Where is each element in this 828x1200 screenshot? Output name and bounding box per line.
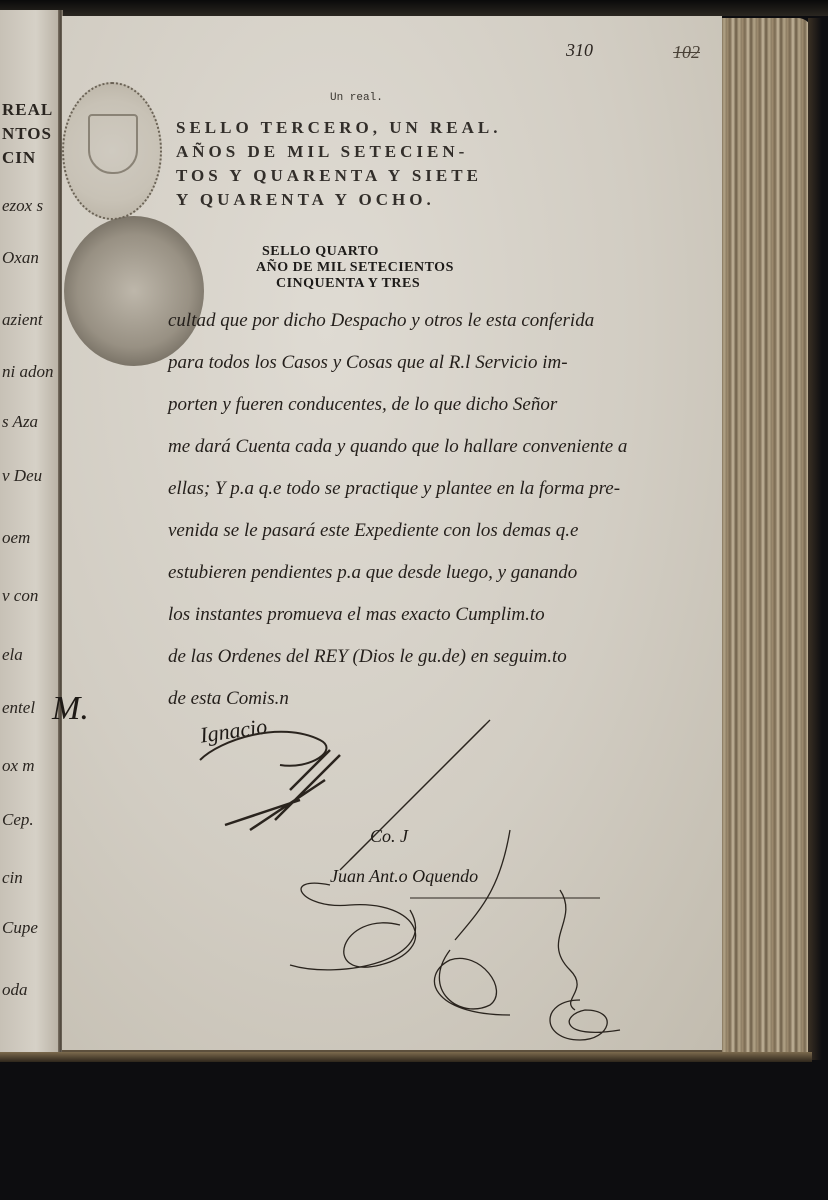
left-page-fragment: REAL bbox=[2, 100, 53, 120]
royal-seal-embossed bbox=[62, 82, 162, 220]
left-page-fragment: entel bbox=[2, 698, 35, 718]
stamped-paper-header: SELLO TERCERO, UN REAL. AÑOS DE MIL SETE… bbox=[176, 116, 502, 212]
left-page-fragment: Cupe bbox=[2, 918, 38, 938]
left-page-fragment: v Deu bbox=[2, 466, 42, 486]
overstamp-revalidation: SELLO QUARTO AÑO DE MIL SETECIENTOS CINQ… bbox=[262, 244, 454, 292]
left-page-fragment: Cep. bbox=[2, 810, 34, 830]
top-shadow bbox=[0, 0, 828, 16]
folio-number: 310 bbox=[566, 40, 593, 61]
left-page-fragment: azient bbox=[2, 310, 43, 330]
stamp-line: AÑOS DE MIL SETECIEN- bbox=[176, 140, 502, 164]
text-line: me dará Cuenta cada y quando que lo hall… bbox=[168, 426, 728, 468]
stamp-line: TOS Y QUARENTA Y SIETE bbox=[176, 164, 502, 188]
coat-of-arms-icon bbox=[88, 114, 138, 174]
text-line: porten y fueren conducentes, de lo que d… bbox=[168, 384, 728, 426]
overstamp-line: CINQUENTA Y TRES bbox=[276, 276, 454, 292]
margin-mark: M. bbox=[52, 690, 89, 728]
left-page-fragment: ezox s bbox=[2, 196, 43, 216]
text-line: para todos los Casos y Cosas que al R.l … bbox=[168, 342, 728, 384]
manuscript-body: cultad que por dicho Despacho y otros le… bbox=[168, 300, 728, 720]
overstamp-line: AÑO DE MIL SETECIENTOS bbox=[256, 260, 454, 276]
left-page-fragment: NTOS bbox=[2, 124, 52, 144]
left-page-fragment: CIN bbox=[2, 148, 36, 168]
left-page-fragment: ela bbox=[2, 645, 23, 665]
left-page-fragment: cin bbox=[2, 868, 23, 888]
left-page-fragment: oem bbox=[2, 528, 30, 548]
signature-flourish-icon bbox=[180, 710, 640, 1050]
text-line: ellas; Y p.a q.e todo se practique y pla… bbox=[168, 468, 728, 510]
archive-photo: REALNTOSCINezox sOxanazientni adons Azav… bbox=[0, 0, 828, 1200]
folio-number-struck: 102 bbox=[673, 42, 700, 63]
page-bottom-edge bbox=[0, 1052, 812, 1062]
text-line: de las Ordenes del REY (Dios le gu.de) e… bbox=[168, 636, 728, 678]
left-facing-page: REALNTOSCINezox sOxanazientni adons Azav… bbox=[0, 10, 60, 1058]
denomination-stamp: Un real. bbox=[330, 92, 383, 104]
left-page-fragment: Oxan bbox=[2, 248, 39, 268]
text-line: estubieren pendientes p.a que desde lueg… bbox=[168, 552, 728, 594]
text-line: cultad que por dicho Despacho y otros le… bbox=[168, 300, 728, 342]
text-line: venida se le pasará este Expediente con … bbox=[168, 510, 728, 552]
stamp-line: Y QUARENTA Y OCHO. bbox=[176, 188, 502, 212]
overstamp-line: SELLO QUARTO bbox=[262, 244, 454, 260]
left-page-fragment: v con bbox=[2, 586, 38, 606]
text-line: los instantes promueva el mas exacto Cum… bbox=[168, 594, 728, 636]
left-page-fragment: s Aza bbox=[2, 412, 38, 432]
stamp-line: SELLO TERCERO, UN REAL. bbox=[176, 116, 502, 140]
left-page-fragment: ni adon bbox=[2, 362, 53, 382]
left-page-fragment: ox m bbox=[2, 756, 35, 776]
left-page-fragment: oda bbox=[2, 980, 28, 1000]
